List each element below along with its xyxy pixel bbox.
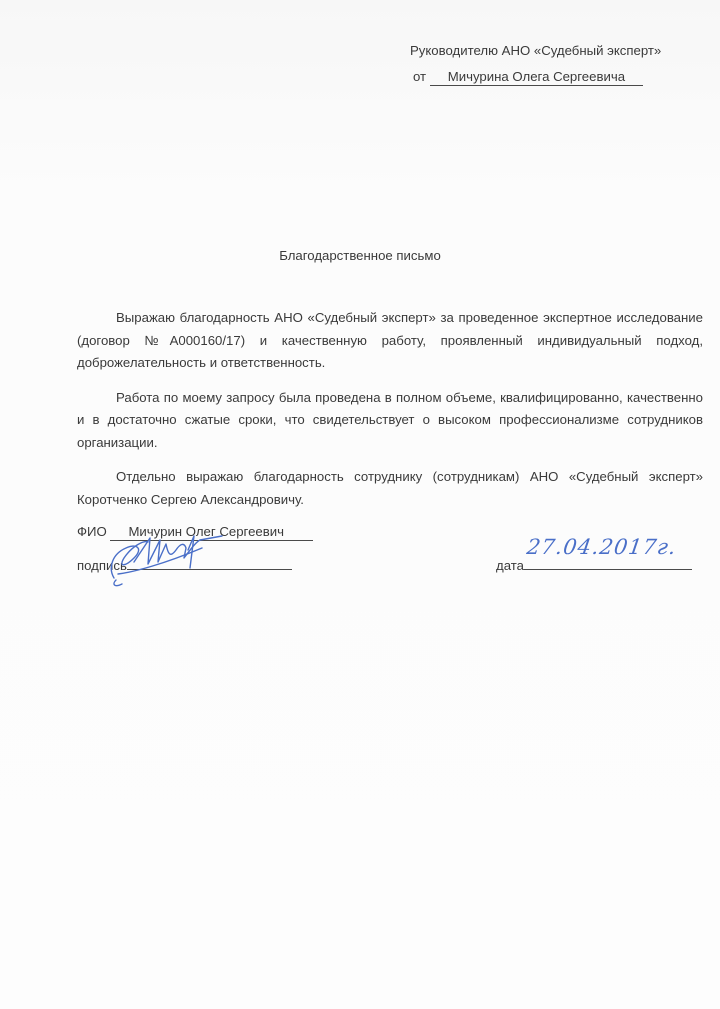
handwritten-date: 27.04.2017г.: [525, 535, 678, 559]
handwritten-signature-icon: [104, 528, 234, 588]
letter-body: Выражаю благодарность АНО «Судебный эксп…: [77, 307, 703, 523]
paragraph-gratitude: Выражаю благодарность АНО «Судебный эксп…: [77, 307, 703, 375]
letter-page: Руководителю АНО «Судебный эксперт» от М…: [0, 0, 720, 1009]
date-label: дата: [496, 558, 524, 573]
addressee-block: Руководителю АНО «Судебный эксперт» от М…: [410, 38, 661, 90]
from-name-field: Мичурина Олега Сергеевича: [430, 69, 643, 86]
fio-label: ФИО: [77, 524, 107, 539]
addressee-to-line: Руководителю АНО «Судебный эксперт»: [410, 38, 661, 64]
paragraph-work-quality: Работа по моему запросу была проведена в…: [77, 387, 703, 455]
letter-title: Благодарственное письмо: [0, 248, 720, 263]
paragraph-employee-thanks: Отдельно выражаю благодарность сотрудник…: [77, 466, 703, 511]
addressee-from-row: от Мичурина Олега Сергеевича: [410, 64, 661, 90]
from-label: от: [413, 69, 426, 84]
